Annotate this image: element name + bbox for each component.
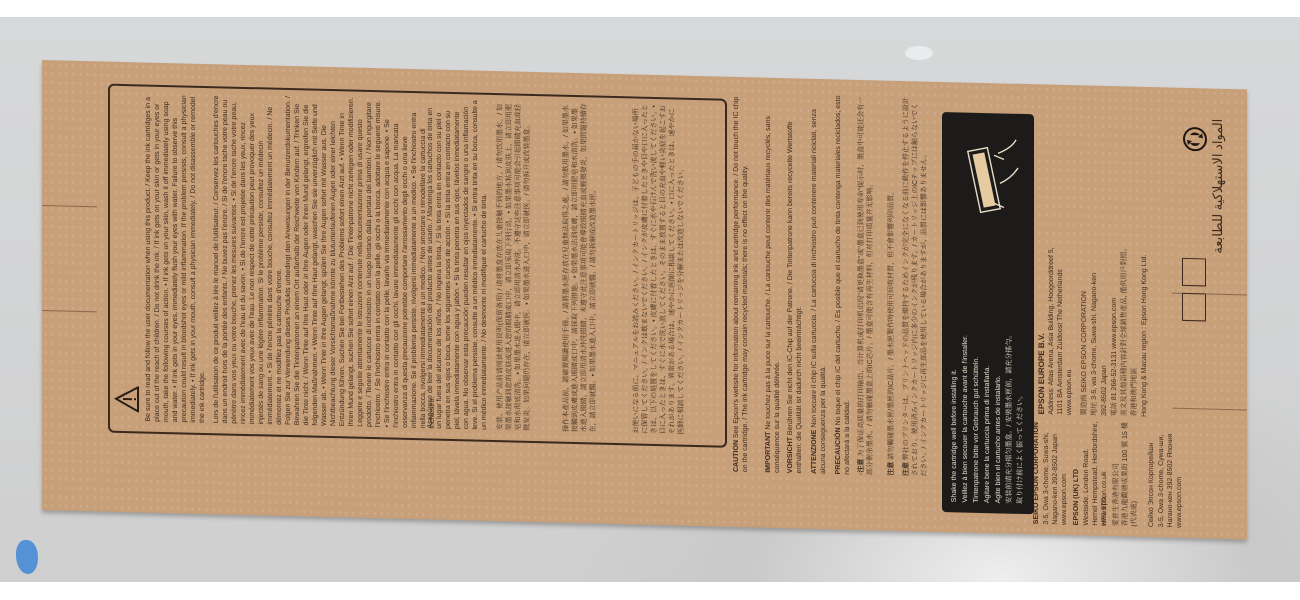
- box-flap-line: [42, 205, 97, 207]
- seiko-cn-line: Hong Kong & Macau region : Epson Hong Ko…: [1140, 117, 1149, 417]
- warning-paragraph-zh-cn: 安装、使用产品前请阅读使用说明(保留备用) / 请将墨盒存放在儿童接触不到的地方…: [496, 100, 532, 431]
- notice-label: ATTENZIONE: [811, 430, 818, 474]
- notice-item: PRECAUCIÓN No toque el chip IC del cartu…: [834, 94, 852, 474]
- warning-paragraph-en: Be sure to read and follow the user docu…: [144, 91, 207, 423]
- install-line: 安装前请充分摇匀墨盒。/ 安裝墨水匣前，請充分搖勻。: [1005, 244, 1014, 504]
- epson-ru-line: 3-5, Owa 3-chome, Суwa-ши,: [1157, 417, 1166, 527]
- warning-paragraph-ja: お使いになる前に、マニュアルをお読みください。/ インクカートリッジは、子どもの…: [632, 103, 686, 434]
- epson-ru-name: Сейко Эпсон Корпорейшн: [1147, 417, 1156, 527]
- notice-item: 注意 弊社のプリンターは、プリントヘッドの品質を維持するためインクが完全になくな…: [902, 96, 929, 477]
- notice-item: VORSICHT Berühren Sie nicht den IC-Chip …: [786, 93, 804, 473]
- seiko-en-line: Nagano-ken 392-8502 Japan: [1051, 415, 1060, 525]
- keep-dry-icon: [1182, 258, 1206, 287]
- seiko-cn-line: 香港和澳門地區: [1130, 117, 1139, 417]
- install-line: Agite bien el cartucho antes de instalar…: [994, 243, 1003, 503]
- storage-temperature-icon: [1182, 293, 1206, 322]
- notice-text: See Epson's website for information abou…: [733, 97, 749, 473]
- notice-label: 注意: [888, 462, 895, 476]
- notice-label: ·注意: [858, 459, 865, 476]
- box-flap-line: [42, 310, 97, 312]
- seiko-en-name: SEIKO EPSON CORPORATION: [1032, 414, 1041, 524]
- seiko-cn-line: 392-8502 Japan: [1100, 116, 1109, 416]
- install-line: 取り付け前によく振ってください。: [1016, 244, 1025, 504]
- epson-hk-line: 愛普生香港有限公司: [1112, 416, 1121, 526]
- warning-paragraph-zh-tw: 操作本產品前，請確實閱讀使用手冊。/ 請將墨水匣存放在兒童無法取得之處。/ 請勿…: [562, 102, 598, 433]
- epson-uk-line: Westside, London Road,: [1082, 415, 1091, 525]
- warning-paragraph-fr: Lors de l'utilisation de ce produit veil…: [212, 93, 284, 425]
- epson-uk-name: EPSON (UK) LTD: [1072, 415, 1081, 525]
- notice-item: ·注意 为了保证高质量的打印输出，当计算机或打印机出现"请更换墨盒"或"墨盒已到…: [857, 95, 875, 475]
- notice-item: ATTENZIONE Non toccare il chip IC sulla …: [810, 94, 828, 474]
- epson-hk-line: (代表處): [1130, 417, 1139, 527]
- warning-paragraph-es: Asegúrese de leer la documentación del p…: [426, 98, 489, 430]
- address-line: Address: Atlas Arena, Asia Building, Hoo…: [1047, 115, 1056, 415]
- notice-text: 为了保证高质量的打印输出，当计算机或打印机出现"请更换墨盒"或"墨盒已到使用寿命…: [858, 97, 874, 476]
- notice-text: Berühren Sie nicht den IC-Chip auf der P…: [787, 121, 803, 473]
- notice-label: PRECAUCIÓN: [835, 427, 842, 474]
- seiko-cn-line: 製造商 SEIKO EPSON CORPORATION: [1080, 115, 1089, 415]
- warning-paragraph-it: Leggete e seguite attentamente le istruz…: [356, 97, 437, 429]
- notice-label: CAUTION: [733, 440, 740, 472]
- epson-uk-line: www.epson.co.uk: [1100, 416, 1109, 526]
- install-line: Veillez à bien secouer la cartouche avan…: [961, 242, 970, 502]
- notice-label: IMPORTANT: [765, 432, 772, 473]
- seiko-cn-line: 地址 3-5, wa 3-chome, Suwa-shi, Nagano-ken: [1090, 116, 1099, 416]
- address-line: 1101 BA Amsterdam Zuidoost The Netherlan…: [1056, 115, 1065, 415]
- water-droplet: [905, 46, 933, 60]
- notice-label: 注意: [903, 462, 910, 476]
- safety-warning-panel: Be sure to read and follow the user docu…: [108, 84, 727, 448]
- warning-triangle-icon: [114, 386, 140, 413]
- install-instructions-panel: Shake the cartridge well before installi…: [942, 112, 1034, 514]
- arabic-label: المواد الاستهلاكية للطابعة: [1210, 119, 1225, 299]
- epson-ru-line: Нагано-кен 392-8502 Япония: [1166, 417, 1175, 527]
- address-line: www.epson.eu: [1065, 115, 1074, 415]
- install-line: Agitare bene la cartuccia prima di insta…: [983, 243, 992, 503]
- seiko-cn-line: 美文及其他語種內容針對全球銷售產品, 僅供用戶對照。: [1120, 116, 1129, 416]
- notice-item: IMPORTANT Ne touchez pas à la puce sur l…: [764, 93, 782, 473]
- shake-cartridge-icon: [960, 132, 1020, 223]
- epson-hk-line: 香港九龍觀塘成業街 100 號 15 樓: [1121, 416, 1130, 526]
- epson-ru-line: www.epson.com: [1175, 418, 1184, 528]
- seiko-cn-line: 電話 81 266-52-3131 www.epson.com: [1110, 116, 1119, 416]
- notice-text: Non toccare il chip IC sulla cartuccia. …: [811, 109, 827, 474]
- ink-cartridge-box: Be sure to read and follow the user docu…: [42, 60, 1247, 539]
- install-line: Shake the cartridge well before installi…: [950, 242, 959, 502]
- notice-text: 弊社のプリンターは、プリントヘッドの品質を維持するためインクが完全になくなる前に…: [903, 97, 928, 477]
- recycle-icon: [1182, 126, 1208, 153]
- notice-text: Ne touchez pas à la puce sur la cartouch…: [765, 116, 781, 473]
- warning-paragraph-de: Folgen Sie zur Verwendung dieses Produkt…: [284, 95, 356, 427]
- box-flap-line: [1172, 408, 1247, 411]
- seiko-en-line: www.epson.com: [1060, 415, 1069, 525]
- image-top-border: [0, 0, 1300, 17]
- notice-text: No toque el chip IC del cartucho. / Es p…: [835, 95, 851, 474]
- notice-text: 請勿觸碰墨水匣/墨匣的IC晶片。/ 墨水匣製作時使用可回收材質，但不會影響列印品…: [888, 188, 895, 460]
- blue-paint-spot: [16, 540, 38, 574]
- epson-europe-name: EPSON EUROPE B.V.: [1037, 114, 1046, 414]
- image-bottom-border: [0, 582, 1300, 600]
- seiko-en-line: 3-5, Owa 3-chome, Suwa-shi,: [1042, 414, 1051, 524]
- notice-label: VORSICHT: [787, 437, 794, 473]
- notice-item: CAUTION See Epson's website for informat…: [732, 92, 750, 472]
- notice-item: 注意 請勿觸碰墨水匣/墨匣的IC晶片。/ 墨水匣製作時使用可回收材質，但不會影響…: [887, 96, 896, 476]
- install-line: Tintenpatrone bitte vor Gebrauch gut sch…: [972, 243, 981, 503]
